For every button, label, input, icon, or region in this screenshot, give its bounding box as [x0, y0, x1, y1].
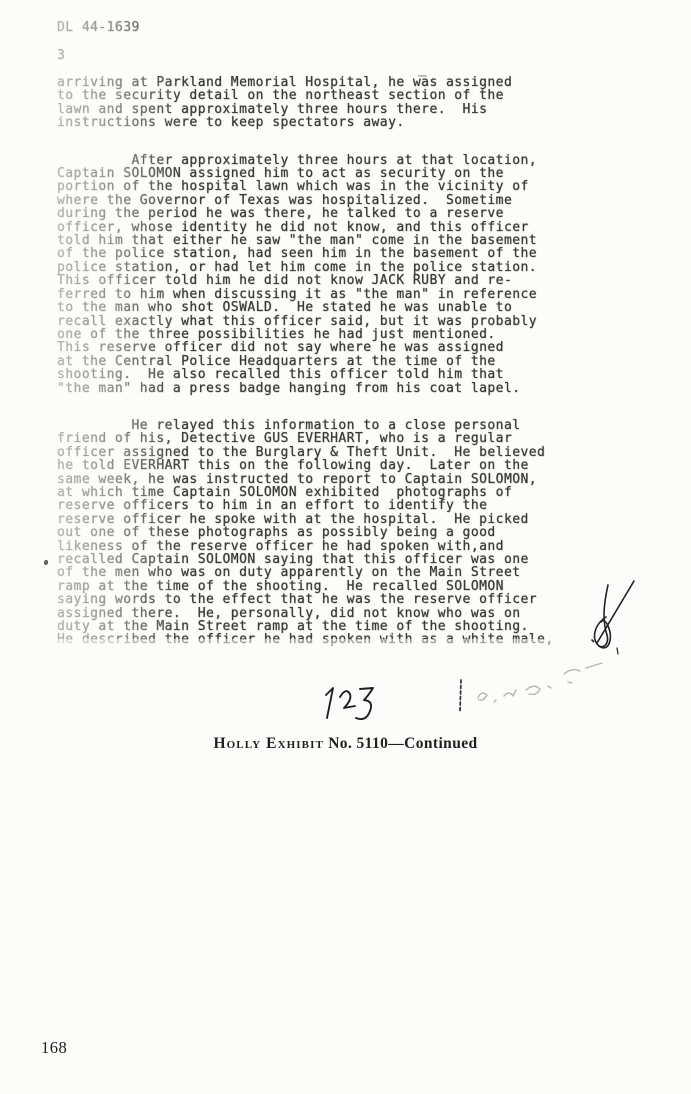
- page-number-top: 3: [57, 49, 65, 62]
- document-page: DL 44-1639 3 arriving at Parkland Memori…: [0, 0, 691, 1094]
- document-body: arriving at Parkland Memorial Hospital, …: [57, 76, 617, 671]
- paragraph-3: He relayed this information to a close p…: [57, 419, 617, 647]
- paragraph-1: arriving at Parkland Memorial Hospital, …: [57, 76, 617, 130]
- exhibit-caption-rest: No. 5110—Continued: [324, 735, 478, 752]
- scan-speck-artifact: [418, 75, 427, 77]
- exhibit-caption-name: Holly Exhibit: [213, 735, 323, 752]
- page-number-bottom: 168: [41, 1038, 67, 1058]
- handwritten-number-123: [318, 682, 380, 728]
- exhibit-caption: Holly Exhibit No. 5110—Continued: [0, 735, 691, 753]
- margin-dot-artifact: [44, 560, 48, 565]
- vertical-dash-mark: [455, 678, 467, 714]
- paragraph-2: After approximately three hours at that …: [57, 154, 617, 395]
- document-id: DL 44-1639: [57, 21, 140, 34]
